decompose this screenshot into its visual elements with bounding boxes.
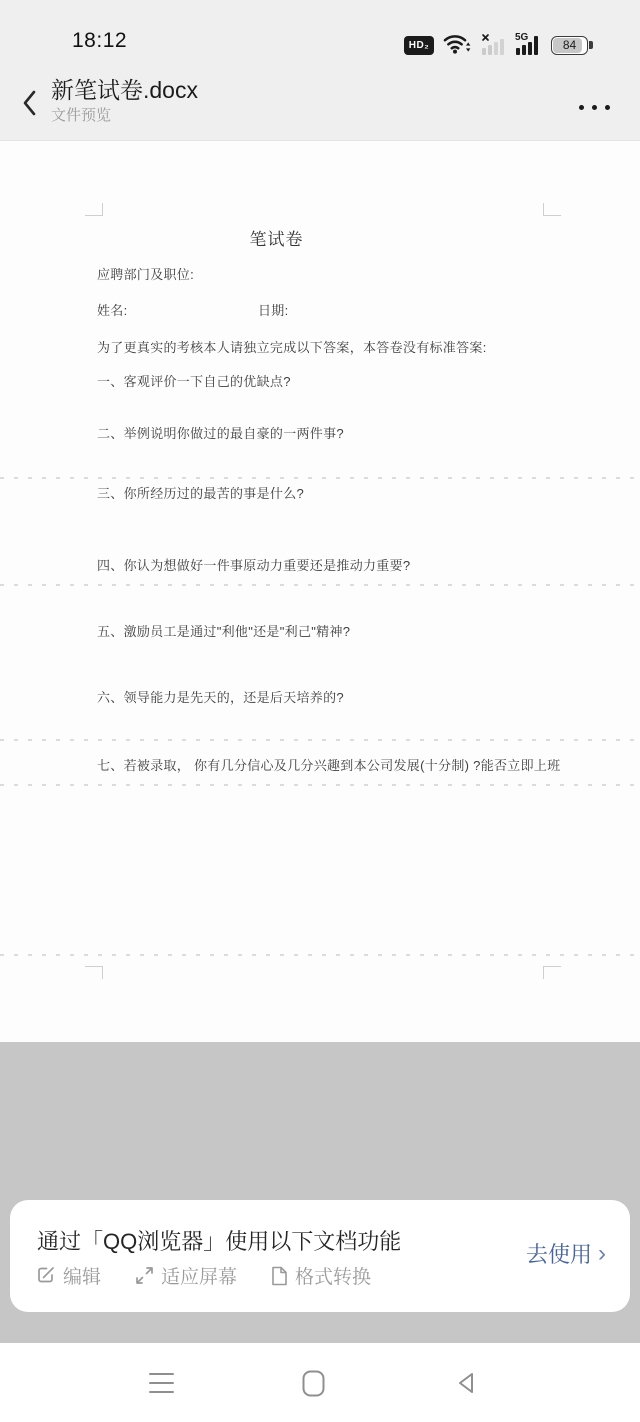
document-icon [271, 1266, 288, 1286]
go-use-button[interactable]: 去使用 › [526, 1238, 606, 1269]
feature-label: 编辑 [63, 1262, 101, 1289]
document-intro: 为了更真实的考核本人请独立完成以下答案，本答卷没有标准答案: [97, 337, 487, 356]
question-3: 三、你所经历过的最苦的事是什么? [97, 483, 304, 502]
go-use-label: 去使用 [526, 1238, 592, 1269]
page-margin-corner [85, 203, 103, 216]
file-preview-label: 文件预览 [51, 106, 198, 126]
question-4: 四、你认为想做好一件事原动力重要还是推动力重要? [97, 555, 410, 574]
document-title: 笔试卷 [0, 225, 553, 250]
feature-label: 适应屏幕 [161, 1262, 237, 1289]
wifi-icon [443, 32, 471, 55]
chevron-left-icon [22, 90, 37, 116]
field-name: 姓名: [97, 300, 128, 319]
page-margin-corner [85, 966, 103, 979]
feature-fit-screen: 适应屏幕 [135, 1262, 237, 1289]
question-2: 二、举例说明你做过的最自豪的一两件事? [97, 423, 344, 442]
header-title-block: 新笔试卷.docx 文件预览 [51, 76, 198, 126]
question-5: 五、激励员工是通过"利他"还是"利己"精神? [97, 621, 350, 640]
field-date: 日期: [258, 300, 289, 319]
document-preview[interactable] [0, 141, 640, 1042]
feature-format-convert: 格式转换 [271, 1262, 371, 1289]
chevron-right-icon: › [598, 1243, 606, 1265]
feature-label: 格式转换 [295, 1262, 371, 1289]
qq-browser-promo-banner[interactable]: 通过「QQ浏览器」使用以下文档功能 编辑 适应屏幕 [10, 1200, 630, 1312]
fit-screen-icon [135, 1266, 154, 1285]
hd-voice-icon: HD₂ [404, 36, 434, 55]
back-nav-button[interactable] [447, 1365, 487, 1401]
more-options-button[interactable] [577, 99, 612, 116]
dot-icon [592, 105, 597, 110]
feature-edit: 编辑 [37, 1262, 101, 1289]
back-triangle-icon [455, 1371, 479, 1395]
question-7: 七、若被录取， 你有几分信心及几分兴趣到本公司发展(十分制) ?能否立即上班 [97, 755, 561, 774]
top-chrome: 18:12 HD₂ [0, 0, 640, 141]
page-margin-corner [543, 966, 561, 979]
faint-divider [0, 739, 640, 741]
question-6: 六、领导能力是先天的，还是后天培养的? [97, 687, 344, 706]
battery-icon: 84 [551, 36, 588, 55]
status-time: 18:12 [72, 29, 127, 53]
edit-icon [37, 1266, 56, 1285]
menu-icon [149, 1371, 174, 1395]
home-button[interactable] [293, 1365, 333, 1401]
promo-features: 编辑 适应屏幕 格式转换 [37, 1262, 371, 1289]
page-margin-corner [543, 203, 561, 216]
faint-divider [0, 584, 640, 586]
net-type-label: 5G [515, 32, 529, 43]
faint-divider [0, 477, 640, 479]
field-department: 应聘部门及职位: [97, 264, 194, 283]
battery-nub [589, 41, 593, 49]
file-title: 新笔试卷.docx [51, 76, 198, 104]
dot-icon [605, 105, 610, 110]
faint-divider [0, 784, 640, 786]
sim2-5g-signal-icon: 5G [515, 31, 542, 55]
battery-percentage: 84 [552, 37, 587, 53]
question-1: 一、客观评价一下自己的优缺点? [97, 371, 291, 390]
sim1-no-signal-icon [480, 32, 506, 55]
promo-title: 通过「QQ浏览器」使用以下文档功能 [37, 1225, 401, 1256]
recents-button[interactable] [141, 1365, 181, 1401]
phone-screen: 18:12 HD₂ [0, 0, 640, 1422]
home-icon [302, 1370, 325, 1397]
back-button[interactable] [18, 88, 40, 118]
status-icons: HD₂ [404, 31, 588, 55]
dot-icon [579, 105, 584, 110]
faint-divider [0, 954, 640, 956]
android-navbar [0, 1343, 640, 1422]
